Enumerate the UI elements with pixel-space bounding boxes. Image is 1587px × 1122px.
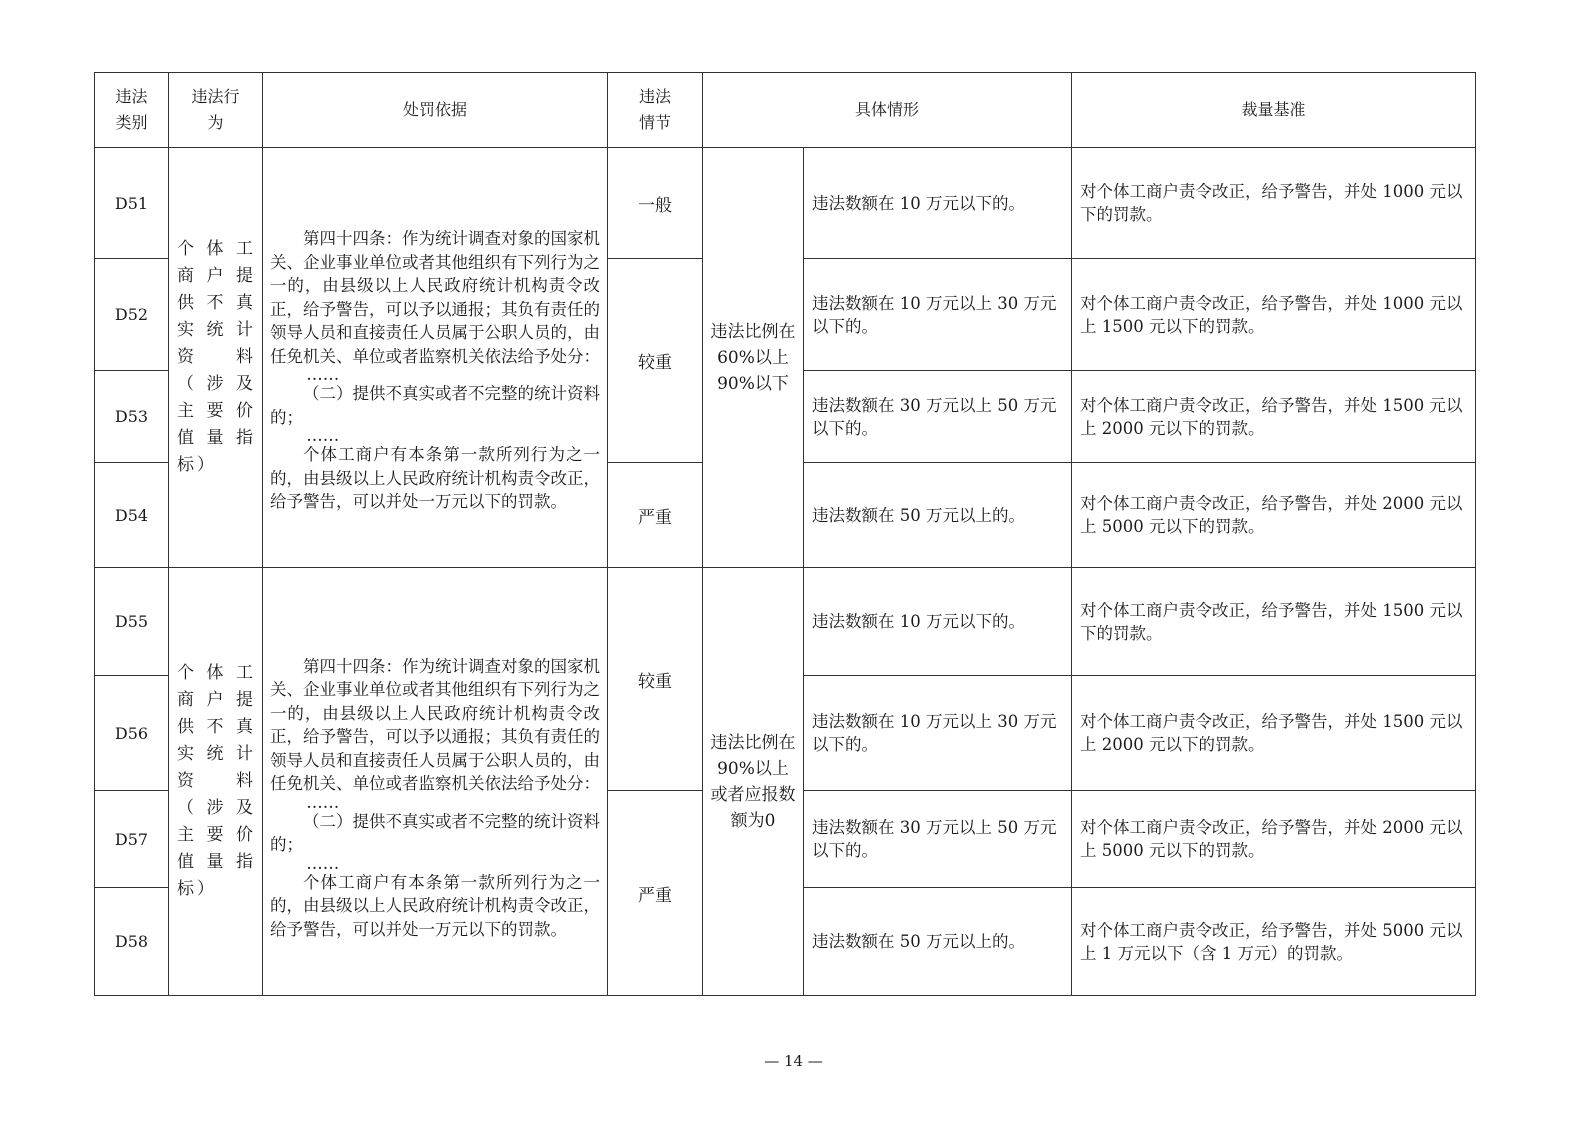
- basis-article: 第四十四条：作为统计调查对象的国家机关、企业事业单位或者其他组织有下列行为之一的…: [270, 655, 600, 796]
- penalty-discretion-table: 违法类别 违法行为 处罚依据 违法情节 具体情形 裁量基准 D51 个体工商户提…: [94, 72, 1476, 996]
- header-standard: 裁量基准: [1072, 73, 1476, 148]
- situation-detail: 违法数额在 10 万元以上 30 万元以下的。: [804, 259, 1072, 371]
- severity-level: 严重: [608, 791, 703, 996]
- basis-individual-clause: 个体工商户有本条第一款所列行为之一的，由县级以上人民政府统计机构责令改正，给予警…: [270, 871, 600, 942]
- penalty-basis: 第四十四条：作为统计调查对象的国家机关、企业事业单位或者其他组织有下列行为之一的…: [263, 568, 608, 996]
- situation-detail: 违法数额在 30 万元以上 50 万元以下的。: [804, 791, 1072, 888]
- situation-detail: 违法数额在 10 万元以上 30 万元以下的。: [804, 676, 1072, 791]
- violation-code: D52: [95, 259, 169, 371]
- basis-ellipsis: ……: [270, 368, 600, 382]
- discretion-standard: 对个体工商户责令改正，给予警告，并处 1000 元以上 1500 元以下的罚款。: [1072, 259, 1476, 371]
- basis-ellipsis: ……: [270, 429, 600, 443]
- penalty-basis: 第四十四条：作为统计调查对象的国家机关、企业事业单位或者其他组织有下列行为之一的…: [263, 148, 608, 568]
- violation-code: D56: [95, 676, 169, 791]
- discretion-standard: 对个体工商户责令改正，给予警告，并处 5000 元以上 1 万元以下（含 1 万…: [1072, 888, 1476, 996]
- violation-code: D54: [95, 463, 169, 568]
- severity-level: 较重: [608, 259, 703, 463]
- table-row: D55 个体工商户提供不真实统计资料（涉及主要价值量指标） 第四十四条：作为统计…: [95, 568, 1476, 676]
- table-row: D51 个体工商户提供不真实统计资料（涉及主要价值量指标） 第四十四条：作为统计…: [95, 148, 1476, 259]
- header-category: 违法类别: [95, 73, 169, 148]
- severity-level: 一般: [608, 148, 703, 259]
- violation-code: D53: [95, 371, 169, 463]
- basis-individual-clause: 个体工商户有本条第一款所列行为之一的，由县级以上人民政府统计机构责令改正，给予警…: [270, 443, 600, 514]
- violation-behavior: 个体工商户提供不真实统计资料（涉及主要价值量指标）: [169, 148, 263, 568]
- basis-ellipsis: ……: [270, 857, 600, 871]
- violation-code: D58: [95, 888, 169, 996]
- header-severity: 违法情节: [608, 73, 703, 148]
- violation-ratio: 违法比例在90%以上或者应报数额为0: [703, 568, 804, 996]
- situation-detail: 违法数额在 50 万元以上的。: [804, 888, 1072, 996]
- discretion-standard: 对个体工商户责令改正，给予警告，并处 1500 元以上 2000 元以下的罚款。: [1072, 676, 1476, 791]
- severity-level: 较重: [608, 568, 703, 791]
- basis-item: （二）提供不真实或者不完整的统计资料的；: [270, 810, 600, 857]
- basis-item: （二）提供不真实或者不完整的统计资料的；: [270, 382, 600, 429]
- table-header-row: 违法类别 违法行为 处罚依据 违法情节 具体情形 裁量基准: [95, 73, 1476, 148]
- header-situation: 具体情形: [703, 73, 1072, 148]
- header-behavior: 违法行为: [169, 73, 263, 148]
- violation-code: D55: [95, 568, 169, 676]
- discretion-standard: 对个体工商户责令改正，给予警告，并处 1500 元以上 2000 元以下的罚款。: [1072, 371, 1476, 463]
- violation-behavior: 个体工商户提供不真实统计资料（涉及主要价值量指标）: [169, 568, 263, 996]
- discretion-standard: 对个体工商户责令改正，给予警告，并处 2000 元以上 5000 元以下的罚款。: [1072, 463, 1476, 568]
- severity-level: 严重: [608, 463, 703, 568]
- page-number: — 14 —: [0, 1052, 1587, 1070]
- situation-detail: 违法数额在 50 万元以上的。: [804, 463, 1072, 568]
- violation-ratio: 违法比例在60%以上90%以下: [703, 148, 804, 568]
- situation-detail: 违法数额在 10 万元以下的。: [804, 148, 1072, 259]
- header-basis: 处罚依据: [263, 73, 608, 148]
- discretion-standard: 对个体工商户责令改正，给予警告，并处 2000 元以上 5000 元以下的罚款。: [1072, 791, 1476, 888]
- discretion-standard: 对个体工商户责令改正，给予警告，并处 1500 元以下的罚款。: [1072, 568, 1476, 676]
- basis-article: 第四十四条：作为统计调查对象的国家机关、企业事业单位或者其他组织有下列行为之一的…: [270, 227, 600, 368]
- violation-code: D57: [95, 791, 169, 888]
- violation-code: D51: [95, 148, 169, 259]
- situation-detail: 违法数额在 30 万元以上 50 万元以下的。: [804, 371, 1072, 463]
- discretion-standard: 对个体工商户责令改正，给予警告，并处 1000 元以下的罚款。: [1072, 148, 1476, 259]
- situation-detail: 违法数额在 10 万元以下的。: [804, 568, 1072, 676]
- basis-ellipsis: ……: [270, 796, 600, 810]
